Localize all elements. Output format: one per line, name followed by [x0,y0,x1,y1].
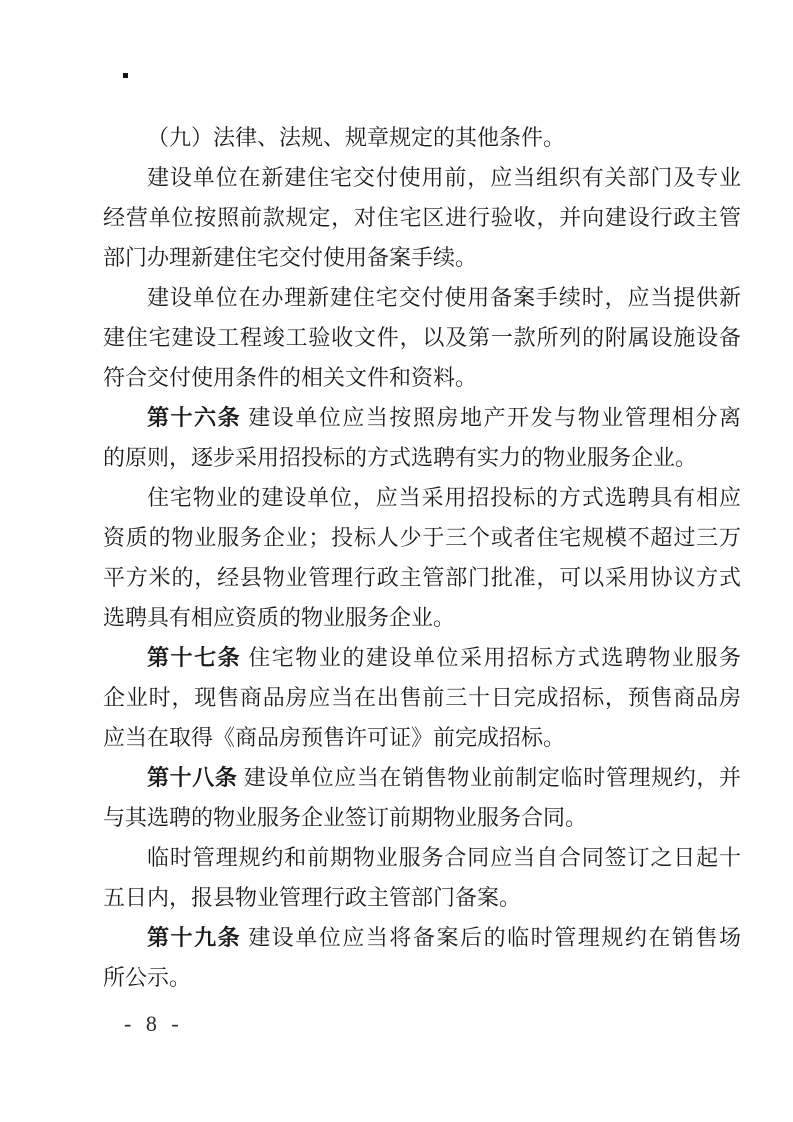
text-line: 建设单位在新建住宅交付使用前，应当组织有关部门及专业 [103,158,741,198]
paragraph: 住宅物业的建设单位，应当采用招投标的方式选聘具有相应 资质的物业服务企业；投标人… [103,478,741,638]
article-number: 第十八条 [147,765,238,790]
text-line: 资质的物业服务企业；投标人少于三个或者住宅规模不超过三万 [103,518,741,558]
text-line: 应当在取得《商品房预售许可证》前完成招标。 [103,718,741,758]
text-line: 第十七条 住宅物业的建设单位采用招标方式选聘物业服务 [103,638,741,678]
paragraph-article-17: 第十七条 住宅物业的建设单位采用招标方式选聘物业服务 企业时，现售商品房应当在出… [103,638,741,758]
text-line: 第十九条 建设单位应当将备案后的临时管理规约在销售场 [103,918,741,958]
article-text: 住宅物业的建设单位采用招标方式选聘物业服务 [248,645,741,670]
paragraph: 临时管理规约和前期物业服务合同应当自合同签订之日起十 五日内，报县物业管理行政主… [103,838,741,918]
text-line: 临时管理规约和前期物业服务合同应当自合同签订之日起十 [103,838,741,878]
text-line: 经营单位按照前款规定，对住宅区进行验收，并向建设行政主管 [103,198,741,238]
document-page: （九）法律、法规、规章规定的其他条件。 建设单位在新建住宅交付使用前，应当组织有… [0,0,793,1122]
text-line: 的原则，逐步采用招投标的方式选聘有实力的物业服务企业。 [103,438,741,478]
paragraph-article-16: 第十六条 建设单位应当按照房地产开发与物业管理相分离 的原则，逐步采用招投标的方… [103,398,741,478]
text-line: 所公示。 [103,958,741,998]
text-line: 住宅物业的建设单位，应当采用招投标的方式选聘具有相应 [103,478,741,518]
paragraph: 建设单位在新建住宅交付使用前，应当组织有关部门及专业 经营单位按照前款规定，对住… [103,158,741,278]
article-text: 建设单位应当按照房地产开发与物业管理相分离 [248,405,741,430]
text-line: 平方米的，经县物业管理行政主管部门批准，可以采用协议方式 [103,558,741,598]
text-line: （九）法律、法规、规章规定的其他条件。 [103,118,741,158]
text-line: 第十六条 建设单位应当按照房地产开发与物业管理相分离 [103,398,741,438]
article-text: 建设单位应当将备案后的临时管理规约在销售场 [248,925,741,950]
text-line: 符合交付使用条件的相关文件和资料。 [103,358,741,398]
scan-artifact-dot [123,73,128,78]
text-line: 选聘具有相应资质的物业服务企业。 [103,598,741,638]
article-number: 第十六条 [147,405,241,430]
paragraph-article-19: 第十九条 建设单位应当将备案后的临时管理规约在销售场 所公示。 [103,918,741,998]
article-text: 建设单位应当在销售物业前制定临时管理规约，并 [244,765,741,790]
text-line: 建设单位在办理新建住宅交付使用备案手续时，应当提供新 [103,278,741,318]
paragraph-article-18: 第十八条 建设单位应当在销售物业前制定临时管理规约，并 与其选聘的物业服务企业签… [103,758,741,838]
text-line: 第十八条 建设单位应当在销售物业前制定临时管理规约，并 [103,758,741,798]
text-line: 部门办理新建住宅交付使用备案手续。 [103,238,741,278]
article-number: 第十九条 [147,925,241,950]
article-number: 第十七条 [147,645,241,670]
text-line: 企业时，现售商品房应当在出售前三十日完成招标，预售商品房 [103,678,741,718]
text-line: 建住宅建设工程竣工验收文件，以及第一款所列的附属设施设备 [103,318,741,358]
text-line: 五日内，报县物业管理行政主管部门备案。 [103,878,741,918]
page-number: - 8 - [124,1012,182,1036]
paragraph: 建设单位在办理新建住宅交付使用备案手续时，应当提供新 建住宅建设工程竣工验收文件… [103,278,741,398]
document-body: （九）法律、法规、规章规定的其他条件。 建设单位在新建住宅交付使用前，应当组织有… [103,118,741,998]
text-line: 与其选聘的物业服务企业签订前期物业服务合同。 [103,798,741,838]
paragraph: （九）法律、法规、规章规定的其他条件。 [103,118,741,158]
